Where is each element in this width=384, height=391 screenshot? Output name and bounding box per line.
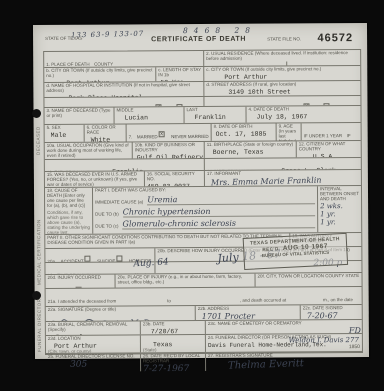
row-place-residence: 1. PLACE OF DEATH COUNTY Jefferson 2. US…: [44, 50, 360, 68]
field-citizenship: 12. CITIZEN OF WHAT COUNTRY U.S.A.: [297, 141, 361, 157]
row-location-director: 23d. LOCATION Port Arthur (City, town, o…: [46, 334, 362, 354]
field-burial-type: 23a. BURIAL, CREMATION, REMOVAL (Specify…: [46, 321, 141, 335]
field-sex: 5. SEX Male: [45, 125, 85, 142]
sex-value: Male: [51, 132, 82, 139]
attended-to-label: to: [167, 298, 171, 303]
cause-a-value: Uremia: [147, 194, 315, 205]
sex-label: 5. SEX: [47, 126, 82, 131]
cause-main: PART I. DEATH WAS CAUSED BY: IMMEDIATE C…: [93, 186, 318, 233]
field-race: 6. COLOR OR RACE White: [85, 124, 127, 141]
field-date-received: 26. DATE REC'D BY LOCAL REGISTRAR 7-27-1…: [141, 353, 206, 371]
field-residence-city: c. CITY OR TOWN (If outside city limits,…: [204, 66, 360, 81]
burial-city-sublabel: (City, town, or county): [48, 349, 138, 353]
armed-forces-label: 15. WAS DECEASED EVER IN U.S. ARMED FORC…: [47, 172, 142, 187]
city-of-death-label: b. CITY OR TOWN (If outside city limits,…: [46, 68, 153, 79]
field-injury-location: 20f. CITY, TOWN OR LOCATION COUNTY STATE: [256, 273, 362, 287]
row-forces-ssn: 15. WAS DECEASED EVER IN U.S. ARMED FORC…: [45, 170, 361, 188]
fd-license-label: 25. FUNERAL DIRECTOR'S LICENSE NO.: [48, 354, 138, 359]
immediate-cause-label: IMMEDIATE CAUSE (a): [95, 200, 143, 205]
field-burial-date: 23b. DATE 7/20/67: [141, 321, 206, 334]
field-name-first: 3. NAME OF DECEASED (Type or print) FIRS…: [44, 108, 114, 124]
field-injury-occurred: 20d. INJURY OCCURRED While at work Not w…: [46, 275, 116, 288]
place-of-death-label: 1. PLACE OF DEATH: [46, 62, 89, 67]
dob-value: Oct. 17, 1885: [216, 130, 274, 137]
attended-from-label: 21a. I attended the deceased from: [48, 299, 117, 304]
residence-city-label: c. CITY OR TOWN (If outside city limits,…: [206, 67, 359, 73]
middle-name-value: Lucian: [125, 114, 182, 121]
name-label: 3. NAME OF DECEASED (Type or print): [46, 109, 111, 119]
interval-c-value: 1 yr.: [320, 218, 360, 226]
married-label: MARRIED: [137, 134, 158, 139]
field-hospital: d. NAME OF HOSPITAL OR INSTITUTION (If n…: [44, 82, 204, 97]
checkbox-suicide: [116, 255, 122, 261]
due-to-b-label: DUE TO (b): [95, 213, 119, 218]
occupation-label: 10a. USUAL OCCUPATION (Give kind of work…: [47, 143, 130, 158]
field-fd-license: 25. FUNERAL DIRECTOR'S LICENSE NO. 305: [46, 353, 141, 372]
field-city-of-death: b. CITY OR TOWN (If outside city limits,…: [44, 67, 156, 82]
state-file-no-label: STATE FILE NO.: [267, 37, 301, 42]
field-name-last: LAST Franklin: [184, 107, 246, 123]
state-file-number: 46572: [317, 32, 353, 44]
date-received-value: 7-27-1967: [143, 364, 203, 372]
field-date-signed: 22c. DATE SIGNED 7-20-67: [301, 305, 362, 319]
certificate-paper: 133 63-9 133-07 STATE OF TEXAS 8468 28 C…: [33, 23, 369, 359]
last-label: LAST: [186, 108, 243, 113]
cause-section-label: 18. CAUSE OF DEATH [Enter only one cause…: [47, 189, 90, 209]
row-cause-of-death: 18. CAUSE OF DEATH [Enter only one cause…: [45, 186, 361, 235]
attended-from-blank: [121, 299, 163, 306]
race-value: White: [91, 136, 124, 141]
field-residence-limits-farm: e. IS RESIDENCE INSIDE CITY LIMITS? YESX…: [204, 96, 360, 106]
handwritten-top-numbers: 8468 28: [183, 26, 256, 35]
scan-background: 133 63-9 133-07 STATE OF TEXAS 8468 28 C…: [0, 0, 384, 391]
field-date-of-death: 4. DATE OF DEATH July 18, 1967: [246, 106, 360, 123]
date-of-death-value: July 18, 1967: [257, 113, 360, 121]
row-name: 3. NAME OF DECEASED (Type or print) FIRS…: [44, 106, 360, 125]
state-of-texas-label: STATE OF TEXAS: [45, 37, 82, 42]
handwritten-attended-from: Aug. 64: [133, 257, 169, 269]
burial-date-label: 23b. DATE: [143, 322, 203, 327]
never-married-label: NEVER MARRIED: [171, 134, 209, 139]
cause-interval-column: INTERVAL BETWEEN ONSET AND DEATH 2 wks. …: [318, 186, 361, 232]
physician-signature-scribble: [48, 317, 126, 321]
punch-hole-top: [32, 109, 41, 118]
industry-label: 10b. KIND OF BUSINESS OR INDUSTRY: [135, 143, 202, 153]
cause-sidebar: 18. CAUSE OF DEATH [Enter only one cause…: [45, 188, 93, 234]
field-informant: 17. INFORMANT Mrs. Emma Marie Franklin: [205, 170, 361, 186]
place-of-injury-label: 20e. PLACE OF INJURY (e.g., in or about …: [118, 275, 253, 286]
field-name-middle: MIDDLE Lucian: [114, 107, 184, 123]
birthplace-label: 11. BIRTHPLACE (State or foreign country…: [207, 142, 294, 147]
middle-label: MIDDLE: [116, 108, 181, 113]
injury-location-label: 20f. CITY, TOWN OR LOCATION COUNTY STATE: [258, 274, 361, 280]
ssn-value: 459-03-0037: [147, 183, 202, 186]
date-signed-value: 7-20-67: [307, 311, 361, 319]
residence-city-value: Port Arthur: [224, 73, 359, 81]
date-of-death-label: 4. DATE OF DEATH: [248, 107, 359, 113]
field-industry: 10b. KIND OF BUSINESS OR INDUSTRY Gulf O…: [133, 142, 205, 158]
hospital-label: d. NAME OF HOSPITAL OR INSTITUTION (If n…: [46, 83, 201, 94]
certificate-form: 1. PLACE OF DEATH COUNTY Jefferson 2. US…: [43, 49, 363, 355]
form-number: 1850: [349, 345, 360, 351]
accident-label: ACCIDENT: [61, 259, 84, 262]
age-label: 9. AGE (In years last birthday): [279, 124, 299, 140]
field-county-of-death: 1. PLACE OF DEATH COUNTY Jefferson: [44, 51, 204, 67]
field-physician-signature: 22a. SIGNATURE (Degree or title) M. D.: [46, 306, 196, 321]
cause-note: Conditions, if any, which gave rise to a…: [47, 210, 90, 234]
burial-state-sublabel: (State): [143, 348, 203, 352]
field-cemetery: 23c. NAME OF CEMETERY OR CREMATORY Green…: [206, 320, 362, 334]
marital-label: 7.: [129, 134, 133, 139]
date-received-label: 26. DATE REC'D BY LOCAL REGISTRAR: [143, 354, 203, 364]
last-name-value: Franklin: [195, 114, 244, 121]
address-value: 1701 Procter: [202, 311, 298, 320]
due-to-c-label: DUE TO (c): [95, 225, 118, 230]
field-burial-location-state: Texas (State): [141, 335, 206, 352]
birthplace-value: Boerne, Texas: [213, 148, 294, 155]
certificate-header: 133 63-9 133-07 STATE OF TEXAS 8468 28 C…: [43, 25, 359, 51]
accident-item-label: 20a.: [47, 259, 56, 262]
signature-label: 22a. SIGNATURE (Degree or title): [48, 307, 193, 313]
margin-label-medical-certification: MEDICAL CERTIFICATION: [36, 175, 42, 285]
field-age: 9. AGE (In years last birthday) 81: [277, 123, 302, 140]
field-attendance: 21a. I attended the deceased from to , a…: [46, 287, 362, 306]
interval-label: INTERVAL BETWEEN ONSET AND DEATH: [320, 187, 360, 202]
field-burial-location-city: 23d. LOCATION Port Arthur (City, town, o…: [46, 335, 141, 353]
cause-b-value: Chronic hypertension: [123, 206, 315, 217]
field-physician-address: 22b. ADDRESS 1701 Procter: [196, 305, 301, 320]
row-registrar: 25. FUNERAL DIRECTOR'S LICENSE NO. 305 2…: [46, 352, 362, 372]
field-marital-status: 7. MARRIEDX NEVER MARRIED WIDOWED DIVORC…: [127, 124, 212, 142]
field-occupation: 10a. USUAL OCCUPATION (Give kind of work…: [45, 142, 133, 159]
row-attendance: 21a. I attended the deceased from to , a…: [46, 287, 362, 307]
dob-label: 8. DATE OF BIRTH: [214, 125, 274, 130]
citizenship-value: U.S.A.: [313, 153, 360, 158]
punch-hole-bottom: [32, 291, 41, 300]
certificate-title: CERTIFICATE OF DEATH: [151, 36, 246, 44]
field-place-of-injury: 20e. PLACE OF INJURY (e.g., in or about …: [116, 274, 256, 288]
street-address-value: 3149 10th Street: [228, 88, 359, 96]
burial-date-value: 7/20/67: [151, 328, 203, 334]
street-address-label: d. STREET ADDRESS (If rural, give locati…: [206, 82, 359, 88]
field-mother: 14. MOTHER'S MAIDEN NAME Grace L. Clark: [205, 158, 361, 170]
received-stamp: TEXAS DEPARTMENT OF HEALTH REC'DAUG 10 1…: [243, 233, 348, 270]
interval-b-value: 1 yr.: [320, 210, 360, 218]
industry-value: Gulf Oil Refinery: [137, 154, 202, 159]
field-birthplace: 11. BIRTHPLACE (State or foreign country…: [205, 141, 297, 158]
suicide-label: SUICIDE: [97, 259, 115, 262]
field-under-one-year: IF UNDER 1 YEAR IF UNDER 24 HRS. Months …: [302, 123, 361, 140]
checkbox-accident: [85, 255, 91, 261]
field-father: 13. FATHER'S NAME —— Franklin: [45, 159, 205, 171]
field-death-city-limits: e. IS PLACE OF DEATH INSIDE CITY LIMITS?…: [44, 97, 204, 107]
field-armed-forces: 15. WAS DECEASED EVER IN U.S. ARMED FORC…: [45, 171, 145, 187]
county-label: COUNTY: [94, 62, 113, 67]
cause-c-value: Glomerulo-chronic sclerosis: [123, 218, 316, 229]
cemetery-handnote: FD: [349, 326, 361, 334]
stamp-recd-label: REC'D: [262, 246, 279, 252]
ssn-label: 16. SOCIAL SECURITY NO.: [147, 172, 202, 182]
cemetery-label: 23c. NAME OF CEMETERY OR CREMATORY: [208, 321, 361, 327]
field-ssn: 16. SOCIAL SECURITY NO. 459-03-0037: [145, 171, 205, 186]
checkbox-at-work: [76, 286, 82, 288]
race-label: 6. COLOR OR RACE: [87, 125, 124, 135]
under-1yr-label: IF UNDER 1 YEAR: [304, 133, 342, 138]
burial-type-label: 23a. BURIAL, CREMATION, REMOVAL (Specify…: [48, 322, 138, 332]
injury-occurred-label: 20d. INJURY OCCURRED: [48, 276, 113, 281]
row-sex-race: 5. SEX Male 6. COLOR OR RACE White 7. MA…: [45, 123, 361, 143]
row-occupation: 10a. USUAL OCCUPATION (Give kind of work…: [45, 141, 361, 160]
death-occurred-label: , and death occurred at: [240, 297, 286, 302]
checkbox-married: X: [159, 131, 165, 137]
field-funeral-director: 24. FUNERAL DIRECTOR (OR PERSON ACTING A…: [206, 334, 362, 352]
field-residence-state-county: 2. USUAL RESIDENCE (Where deceased lived…: [204, 50, 360, 66]
burial-location-label: 23d. LOCATION: [48, 336, 138, 341]
interval-a-value: 2 wks.: [320, 202, 360, 210]
length-of-stay-label: c. LENGTH OF STAY IN 1b: [158, 68, 201, 78]
field-registrar-signature: 27. REGISTRAR'S SIGNATURE Thelma Everitt: [206, 352, 362, 371]
citizenship-label: 12. CITIZEN OF WHAT COUNTRY: [299, 142, 360, 152]
length-of-stay-value: 52 Yrs.: [160, 79, 201, 81]
field-date-of-birth: 8. DATE OF BIRTH Oct. 17, 1885: [212, 124, 277, 141]
field-length-of-stay: c. LENGTH OF STAY IN 1b 52 Yrs.: [156, 67, 204, 81]
field-street-address: d. STREET ADDRESS (If rural, give locati…: [204, 81, 360, 96]
fd-license-value: 305: [70, 359, 138, 369]
